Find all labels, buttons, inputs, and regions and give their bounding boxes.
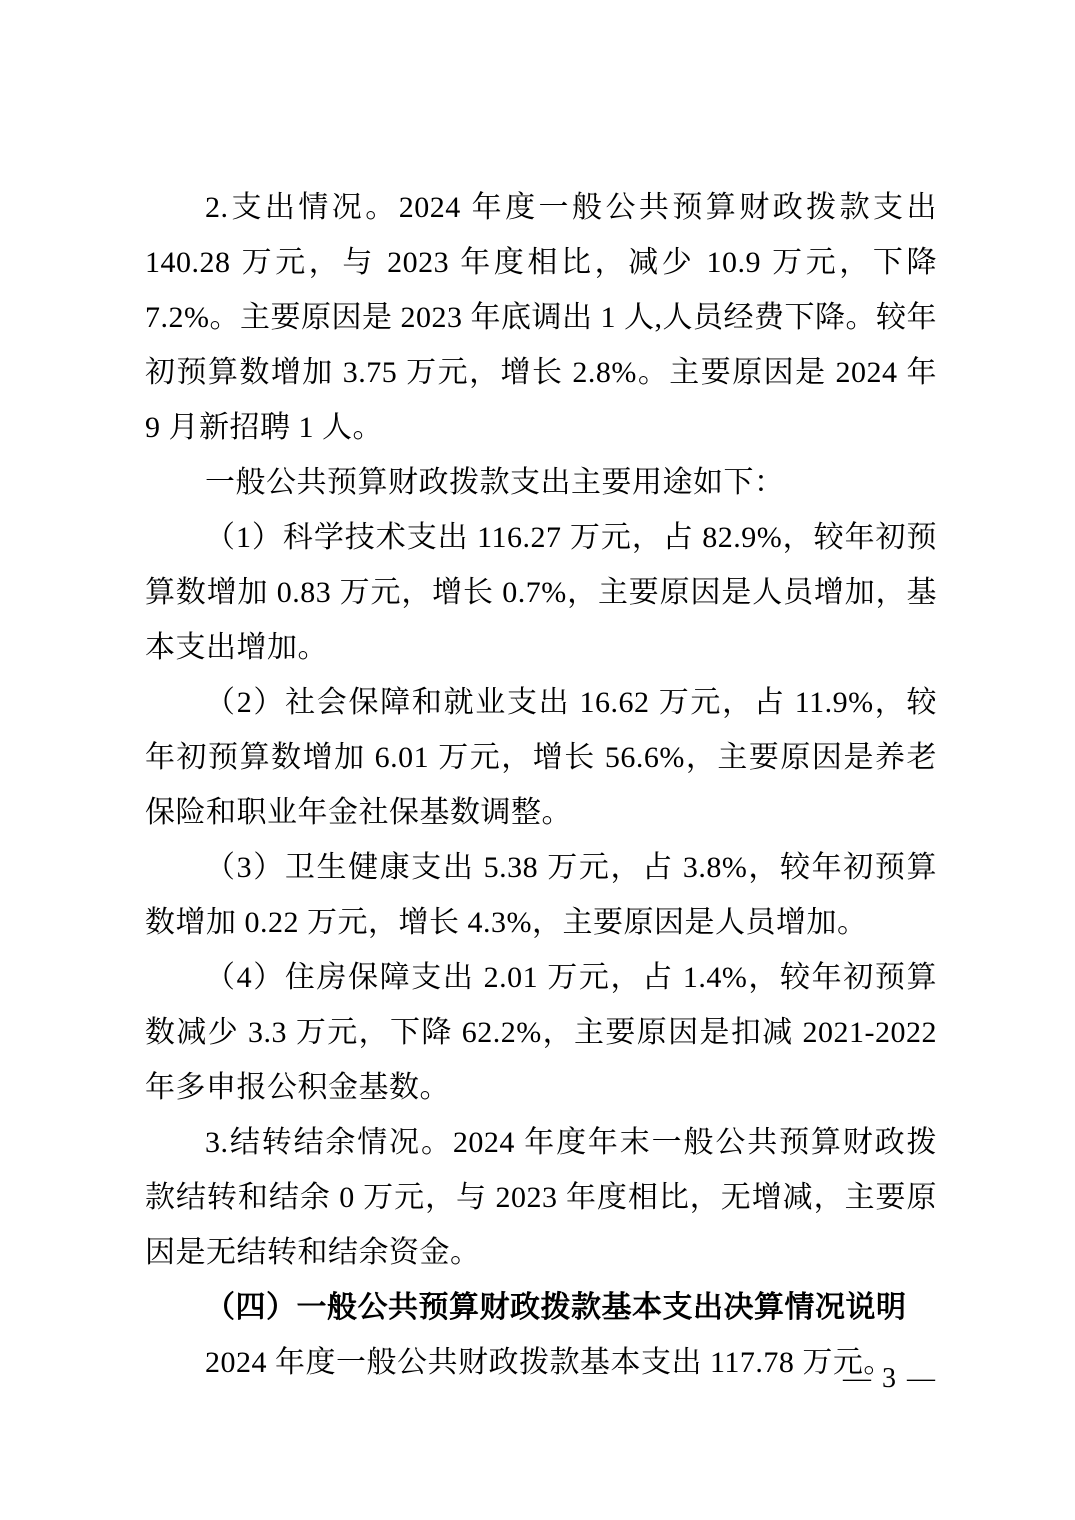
- paragraph-item-3-health: （3）卫生健康支出 5.38 万元，占 3.8%，较年初预算数增加 0.22 万…: [145, 840, 937, 950]
- paragraph-expenditure-overview: 2.支出情况。2024 年度一般公共预算财政拨款支出 140.28 万元，与 2…: [145, 180, 937, 455]
- paragraph-item-1-science-technology: （1）科学技术支出 116.27 万元，占 82.9%，较年初预算数增加 0.8…: [145, 510, 937, 675]
- paragraph-item-2-social-security: （2）社会保障和就业支出 16.62 万元，占 11.9%，较年初预算数增加 6…: [145, 675, 937, 840]
- paragraph-item-4-housing: （4）住房保障支出 2.01 万元，占 1.4%，较年初预算数减少 3.3 万元…: [145, 950, 937, 1115]
- section-heading-basic-expenditure: （四）一般公共预算财政拨款基本支出决算情况说明: [145, 1280, 937, 1335]
- paragraph-usage-intro: 一般公共预算财政拨款支出主要用途如下：: [145, 455, 937, 510]
- paragraph-carryover-balance: 3.结转结余情况。2024 年度年末一般公共预算财政拨款结转和结余 0 万元，与…: [145, 1115, 937, 1280]
- page-number: — 3 —: [843, 1362, 937, 1396]
- document-body: 2.支出情况。2024 年度一般公共预算财政拨款支出 140.28 万元，与 2…: [145, 180, 937, 1390]
- paragraph-basic-expenditure-amount: 2024 年度一般公共财政拨款基本支出 117.78 万元。: [145, 1335, 937, 1390]
- document-page: 2.支出情况。2024 年度一般公共预算财政拨款支出 140.28 万元，与 2…: [0, 0, 1075, 1520]
